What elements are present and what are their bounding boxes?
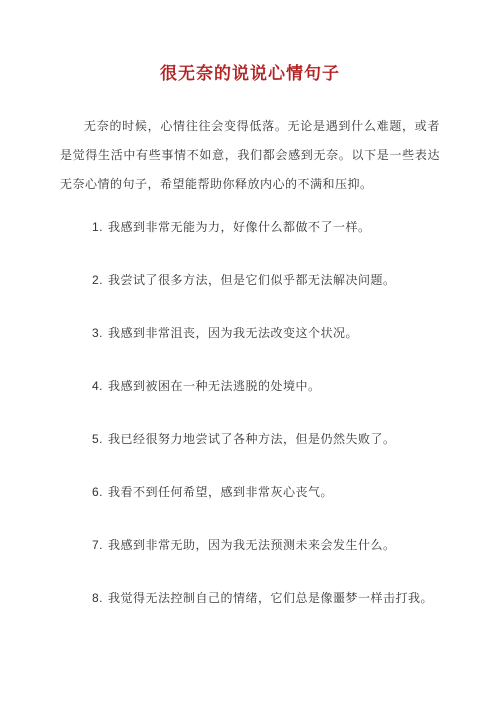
item-number: 6. — [92, 485, 103, 499]
item-number: 1. — [92, 220, 103, 234]
list-item: 6.我看不到任何希望，感到非常灰心丧气。 — [60, 484, 440, 500]
item-number: 5. — [92, 432, 103, 446]
item-number: 8. — [92, 591, 103, 605]
item-number: 3. — [92, 326, 103, 340]
item-text: 我感到非常无助，因为我无法预测未来会发生什么。 — [108, 538, 396, 552]
page-title: 很无奈的说说心情句子 — [60, 61, 440, 87]
item-number: 2. — [92, 273, 103, 287]
item-number: 7. — [92, 538, 103, 552]
list-item: 8.我觉得无法控制自己的情绪，它们总是像噩梦一样击打我。 — [60, 590, 440, 606]
list-item: 7.我感到非常无助，因为我无法预测未来会发生什么。 — [60, 537, 440, 553]
sentence-list: 1.我感到非常无能为力，好像什么都做不了一样。 2.我尝试了很多方法，但是它们似… — [60, 219, 440, 606]
intro-paragraph: 无奈的时候，心情往往会变得低落。无论是遇到什么难题，或者是觉得生活中有些事情不如… — [60, 112, 440, 199]
document-page: 很无奈的说说心情句子 无奈的时候，心情往往会变得低落。无论是遇到什么难题，或者是… — [0, 0, 500, 707]
item-text: 我感到被困在一种无法逃脱的处境中。 — [108, 379, 321, 393]
item-text: 我感到非常沮丧，因为我无法改变这个状况。 — [108, 326, 358, 340]
list-item: 2.我尝试了很多方法，但是它们似乎都无法解决问题。 — [60, 272, 440, 288]
item-text: 我已经很努力地尝试了各种方法，但是仍然失败了。 — [108, 432, 396, 446]
list-item: 5.我已经很努力地尝试了各种方法，但是仍然失败了。 — [60, 431, 440, 447]
list-item: 1.我感到非常无能为力，好像什么都做不了一样。 — [60, 219, 440, 235]
item-text: 我看不到任何希望，感到非常灰心丧气。 — [108, 485, 333, 499]
item-text: 我感到非常无能为力，好像什么都做不了一样。 — [108, 220, 371, 234]
list-item: 4.我感到被困在一种无法逃脱的处境中。 — [60, 378, 440, 394]
list-item: 3.我感到非常沮丧，因为我无法改变这个状况。 — [60, 325, 440, 341]
item-text: 我尝试了很多方法，但是它们似乎都无法解决问题。 — [108, 273, 396, 287]
item-text: 我觉得无法控制自己的情绪，它们总是像噩梦一样击打我。 — [108, 591, 433, 605]
item-number: 4. — [92, 379, 103, 393]
